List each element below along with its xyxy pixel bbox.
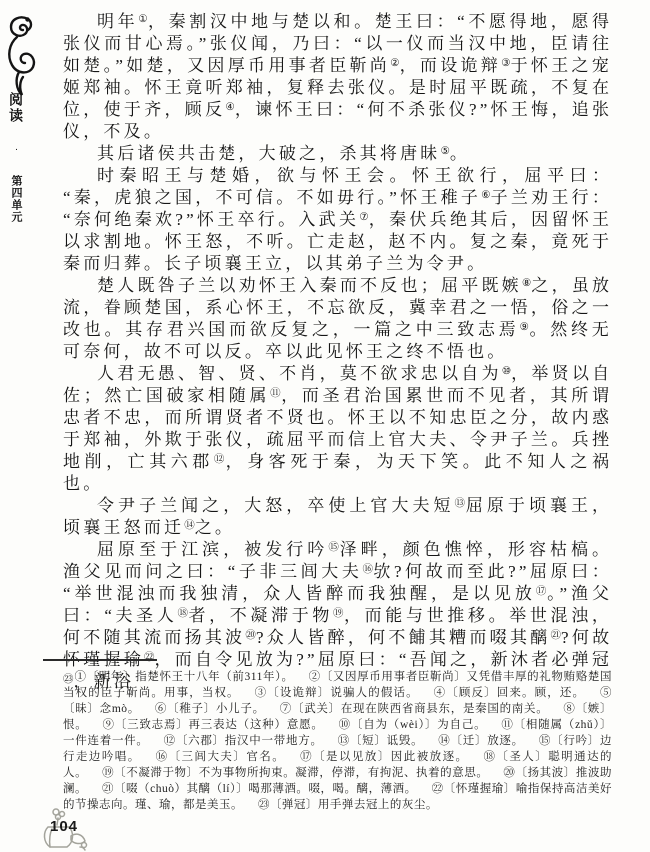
note-reference: ⑩ [502,366,511,377]
text-paragraph: 人君无愚、智、贤、不肖，莫不欲求忠以自为⑩，举贤以自佐；然亡国破家相随属⑪，而圣… [63,363,612,495]
note-reference: ⑥ [481,190,490,201]
footnote-item: ⑩〔自为（wèi）〕为自己。 [339,719,487,731]
note-reference: ③ [501,58,511,69]
footnote-item: ⑲〔不凝滞于物〕不为事物所拘束。凝滞，停滞，有拘泥、执着的意思。 [102,767,488,779]
note-reference: ⑪ [270,388,281,399]
margin-flourish-icon [6,14,38,100]
footnote-item: ⑭〔迁〕放逐。 [438,735,524,747]
note-reference: ⑭ [184,520,195,531]
note-reference: ⑧ [522,278,531,289]
note-reference: ㉒ [144,652,155,663]
footnote-item: ⑦〔武关〕在现在陕西省商县东，是秦国的南关。 [280,703,549,715]
footnote-item: ㉑〔啜（chuò）其醨（lí）〕喝那薄酒。啜，喝。醨，薄酒。 [102,783,417,795]
note-reference: ㉑ [550,630,561,641]
page-number: 104 [50,818,78,835]
footnote-item: ③〔设诡辩〕说骗人的假话。 [255,687,419,699]
footnote-item: ⑰〔是以见放〕因此被放逐。 [300,751,468,763]
footnotes: ①〔明年〕指楚怀王十八年（前311年）。②〔又因厚币用事者臣靳尚〕又凭借丰厚的礼… [63,669,612,813]
text-paragraph: 时秦昭王与楚婚，欲与怀王会。怀王欲行，屈平曰：“秦，虎狼之国，不可信。不如毋行。… [63,165,612,275]
note-reference: ⑲ [333,608,344,619]
text-paragraph: 明年①，秦割汉中地与楚以和。楚王曰：“不愿得地，愿得张仪而甘心焉。”张仪闻，乃曰… [63,11,612,143]
footnote-item: ⑨〔三致志焉〕再三表达（这种）意愿。 [103,719,324,731]
page-number-area: 104 [36,806,98,852]
book-page: 阅读 · 第四单元 明年①，秦割汉中地与楚以和。楚王曰：“不愿得地，愿得张仪而甘… [0,0,650,852]
note-reference: ⑬ [455,498,466,509]
note-reference: ⑯ [362,564,373,575]
note-reference: ⑱ [177,608,188,619]
footnote-item: ㉓〔弹冠〕用手弹去冠上的灰尘。 [258,799,438,811]
main-text: 明年①，秦割汉中地与楚以和。楚王曰：“不愿得地，愿得张仪而甘心焉。”张仪闻，乃曰… [63,11,612,693]
note-reference: ④ [225,102,235,113]
footnote-item: ①〔明年〕指楚怀王十八年（前311年）。 [75,671,294,683]
footnote-item: ④〔顾反〕回来。顾，还。 [434,687,585,699]
text-paragraph: 其后诸侯共击楚，大破之，杀其将唐昧⑤。 [63,143,612,165]
note-reference: ⑫ [214,454,226,465]
note-reference: ⑳ [245,630,256,641]
footnote-separator [43,659,157,661]
note-reference: ② [390,58,400,69]
note-reference: ⑦ [359,212,369,223]
unit-title: 第四单元 [10,175,22,223]
text-paragraph: 楚人既咎子兰以劝怀王入秦而不反也；屈平既嫉⑧之，虽放流，眷顾楚国，系心怀王，不忘… [63,275,612,363]
section-dot: · [11,144,22,155]
footnote-item: ⑬〔短〕诋毁。 [338,735,424,747]
note-reference: ① [138,14,148,25]
note-reference: ⑰ [536,586,547,597]
footnote-item: ⑫〔六郡〕指汉中一带地方。 [164,735,323,747]
note-reference: ⑨ [520,322,530,333]
note-reference: ⑮ [328,542,339,553]
footnote-item: ⑯〔三闾大夫〕官名。 [156,751,286,763]
text-paragraph: 令尹子兰闻之，大怒，卒使上官大夫短⑬屈原于顷襄王，顷襄王怒而迁⑭之。 [63,495,612,539]
section-title: 阅读 [8,92,24,124]
margin-section-label: 阅读 · 第四单元 [8,92,24,223]
note-reference: ⑤ [440,146,449,157]
footnote-item: ⑥〔稚子〕小儿子。 [155,703,265,715]
